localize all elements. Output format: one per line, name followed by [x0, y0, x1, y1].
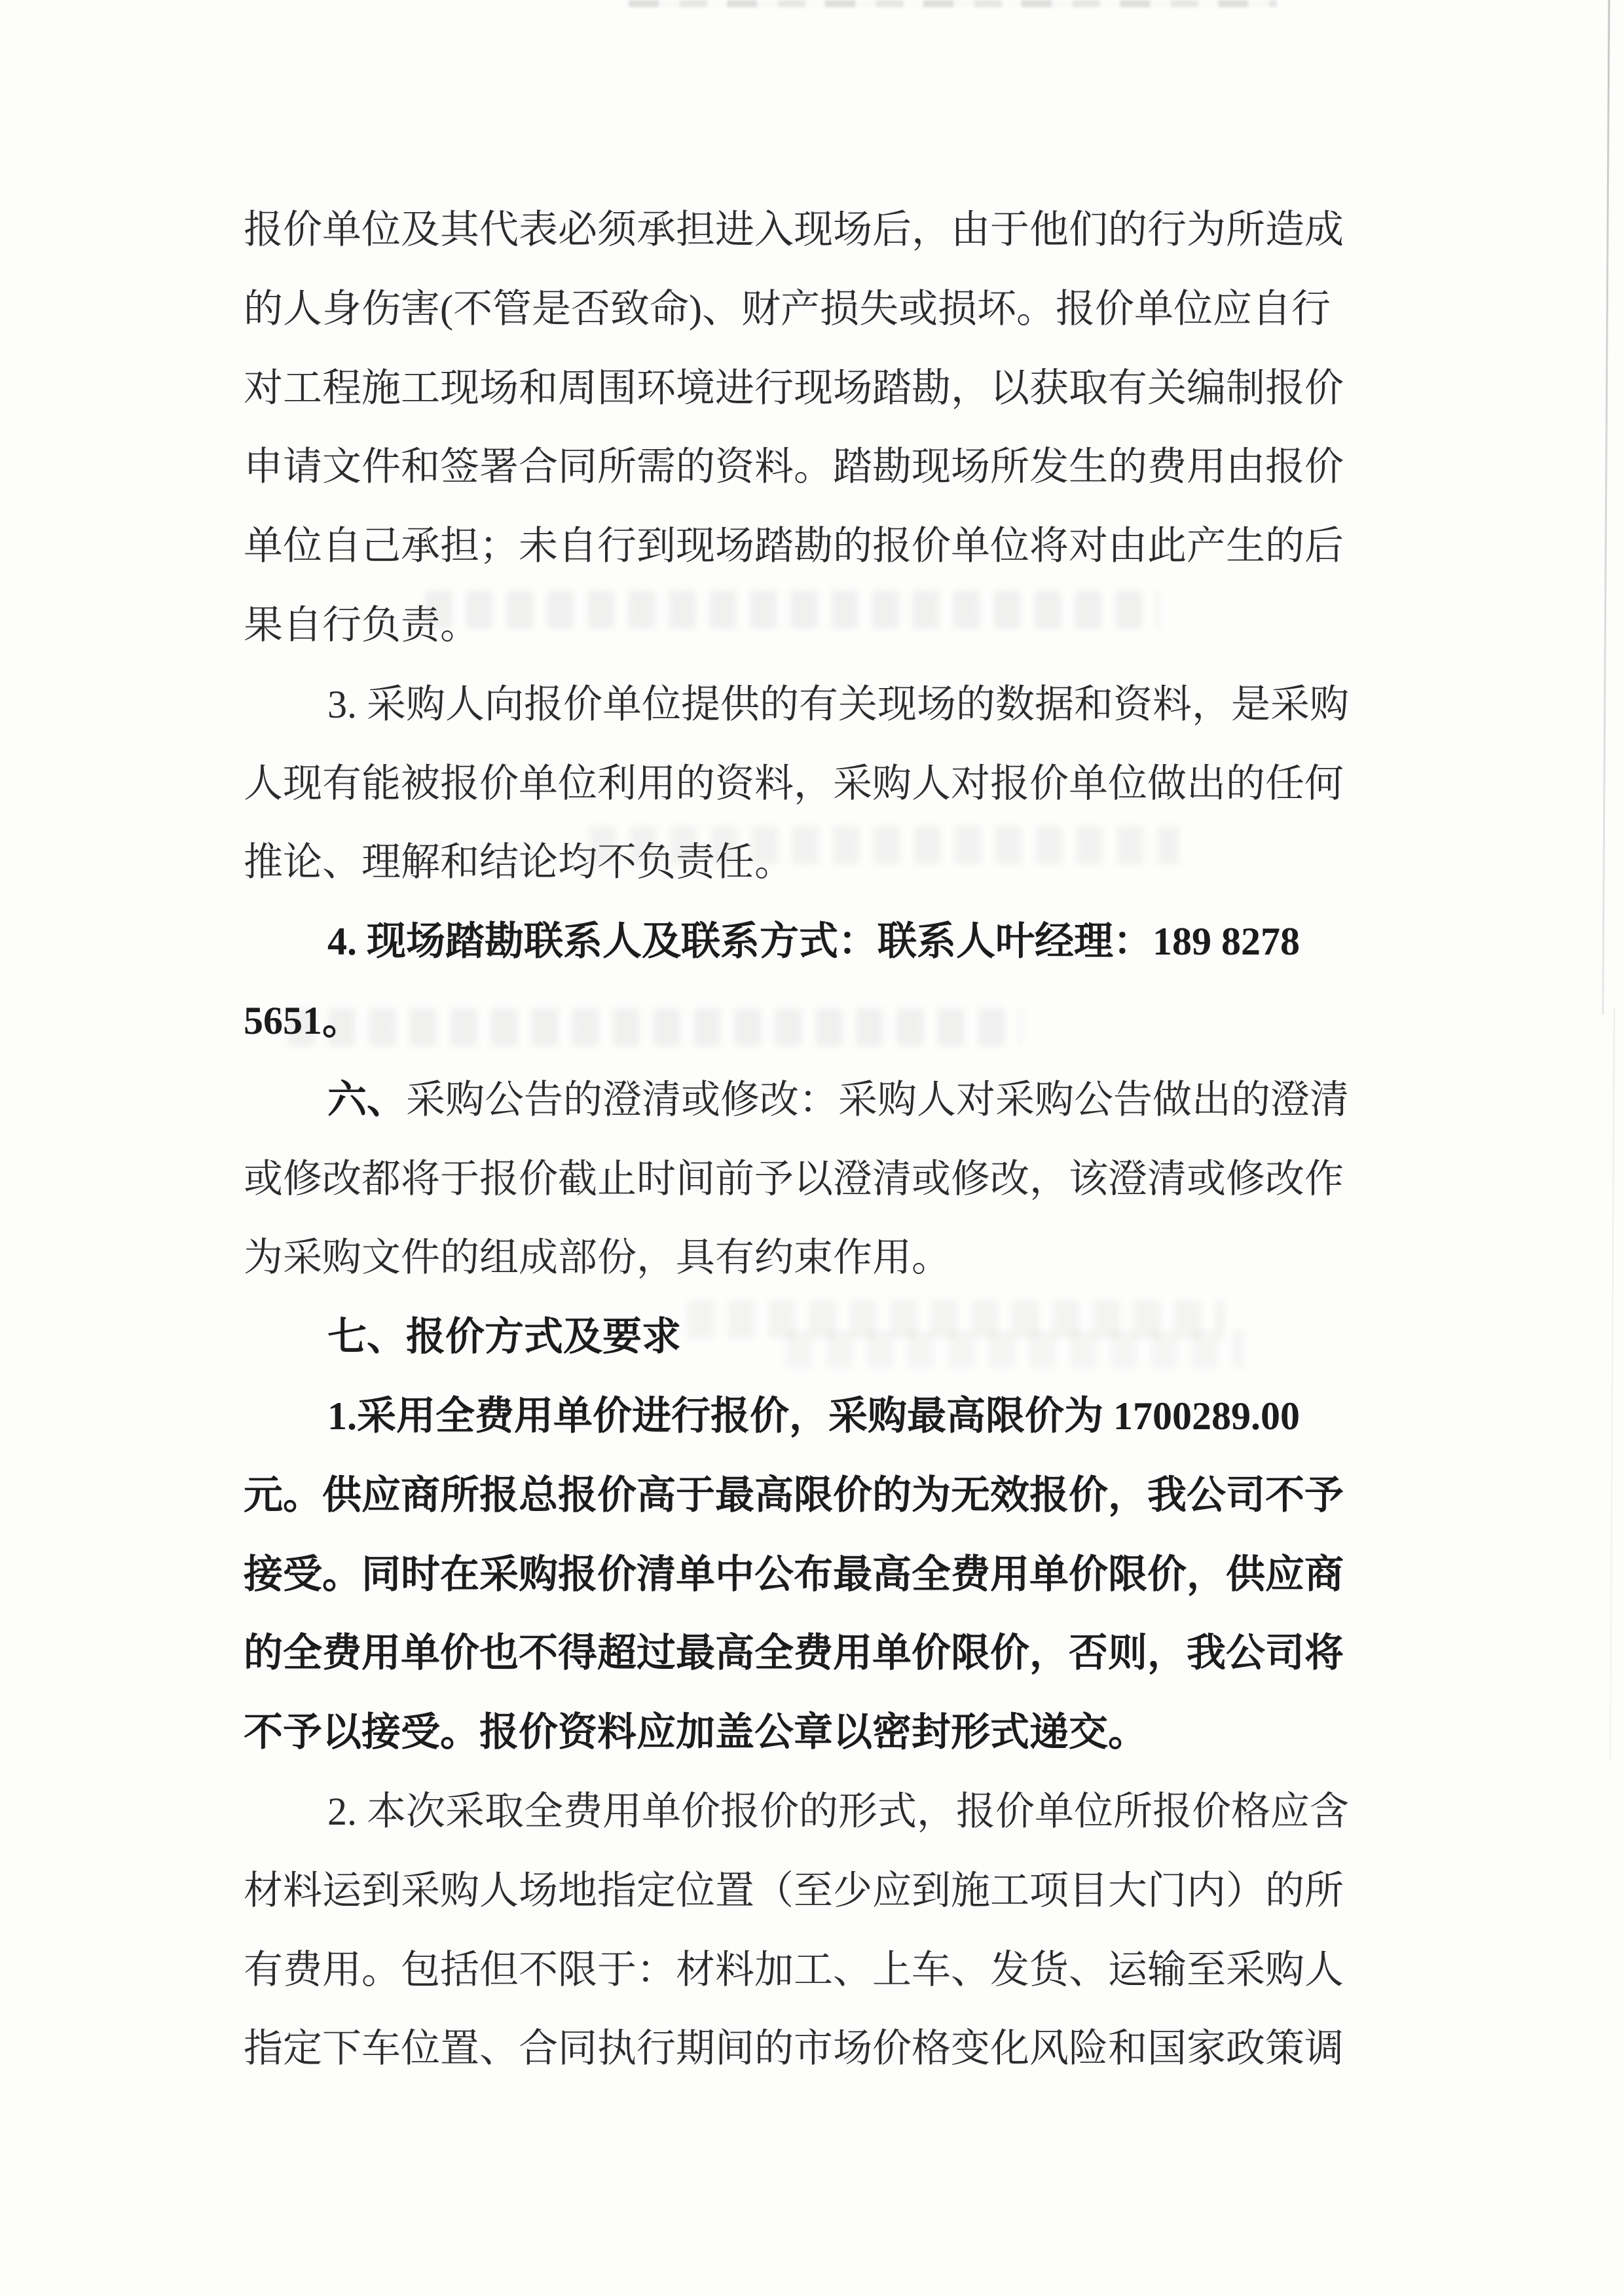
text-line: 或修改都将于报价截止时间前予以澄清或修改，该澄清或修改作 [244, 1140, 1396, 1219]
text-run: 报价单位及其代表必须承担进入现场后，由于他们的行为所造成 [244, 208, 1344, 251]
text-run: 指定下车位置、合同执行期间的市场价格变化风险和国家政策调 [244, 2027, 1344, 2070]
scan-edge-line-lower [1610, 1008, 1615, 1761]
text-line: 果自行负责。 [244, 586, 1396, 665]
text-run: 七、报价方式及要求 [327, 1315, 681, 1358]
scanned-page: { "page": { "width_px": 2480, "height_px… [0, 0, 1624, 2296]
page: 报价单位及其代表必须承担进入现场后，由于他们的行为所造成的人身伤害(不管是否致命… [0, 0, 1624, 2296]
text-run: 为采购文件的组成部份，具有约束作用。 [244, 1236, 951, 1279]
text-run: 对工程施工现场和周围环境进行现场踏勘，以获取有关编制报价 [244, 367, 1344, 410]
text-line: 推论、理解和结论均不负责任。 [244, 823, 1396, 902]
text-run: 不予以接受。报价资料应加盖公章以密封形式递交。 [244, 1711, 1147, 1754]
text-line: 申请文件和签署合同所需的资料。踏勘现场所发生的费用由报价 [244, 428, 1396, 507]
text-line: 材料运到采购人场地指定位置（至少应到施工项目大门内）的所 [244, 1851, 1396, 1931]
text-line: 的全费用单价也不得超过最高全费用单价限价，否则，我公司将 [244, 1614, 1396, 1693]
text-line: 不予以接受。报价资料应加盖公章以密封形式递交。 [244, 1693, 1396, 1772]
text-line: 单位自己承担；未自行到现场踏勘的报价单位将对由此产生的后 [244, 507, 1396, 586]
text-line: 4. 现场踏勘联系人及联系方式：联系人叶经理：189 8278 [244, 902, 1396, 981]
text-line: 1.采用全费用单价进行报价，采购最高限价为 1700289.00 [244, 1377, 1396, 1456]
text-run: 1.采用全费用单价进行报价，采购最高限价为 1700289.00 [327, 1394, 1300, 1438]
text-line: 指定下车位置、合同执行期间的市场价格变化风险和国家政策调 [244, 2009, 1396, 2088]
text-run: 接受。同时在采购报价清单中公布最高全费用单价限价，供应商 [244, 1553, 1344, 1596]
text-run: 4. 现场踏勘联系人及联系方式：联系人叶经理：189 8278 [327, 920, 1300, 963]
text-line: 有费用。包括但不限于：材料加工、上车、发货、运输至采购人 [244, 1931, 1396, 2010]
text-run: 推论、理解和结论均不负责任。 [244, 841, 794, 884]
text-line: 2. 本次采取全费用单价报价的形式，报价单位所报价格应含 [244, 1772, 1396, 1851]
text-line: 5651。 [244, 981, 1396, 1061]
text-line: 3. 采购人向报价单位提供的有关现场的数据和资料，是采购 [244, 665, 1396, 744]
text-line: 七、报价方式及要求 [244, 1298, 1396, 1377]
text-line: 六、采购公告的澄清或修改：采购人对采购公告做出的澄清 [244, 1061, 1396, 1140]
text-run: 材料运到采购人场地指定位置（至少应到施工项目大门内）的所 [244, 1869, 1344, 1912]
text-run: 单位自己承担；未自行到现场踏勘的报价单位将对由此产生的后 [244, 524, 1344, 568]
text-run: 元。供应商所报总报价高于最高限价的为无效报价，我公司不予 [244, 1474, 1344, 1517]
text-line: 对工程施工现场和周围环境进行现场踏勘，以获取有关编制报价 [244, 349, 1396, 428]
scan-edge-line [1602, 0, 1610, 1015]
text-line: 接受。同时在采购报价清单中公布最高全费用单价限价，供应商 [244, 1535, 1396, 1614]
text-run: 2. 本次采取全费用单价报价的形式，报价单位所报价格应含 [327, 1790, 1349, 1833]
document-text: 报价单位及其代表必须承担进入现场后，由于他们的行为所造成的人身伤害(不管是否致命… [244, 191, 1396, 2088]
text-run: 申请文件和签署合同所需的资料。踏勘现场所发生的费用由报价 [244, 445, 1344, 488]
text-line: 元。供应商所报总报价高于最高限价的为无效报价，我公司不予 [244, 1456, 1396, 1535]
text-run: 采购公告的澄清或修改：采购人对采购公告做出的澄清 [406, 1078, 1349, 1121]
text-run: 或修改都将于报价截止时间前予以澄清或修改，该澄清或修改作 [244, 1157, 1344, 1201]
text-run: 3. 采购人向报价单位提供的有关现场的数据和资料，是采购 [327, 683, 1349, 726]
text-line: 的人身伤害(不管是否致命)、财产损失或损坏。报价单位应自行 [244, 270, 1396, 349]
text-run: 果自行负责。 [244, 604, 479, 647]
scan-smudge-top [629, 0, 1277, 7]
text-run: 的全费用单价也不得超过最高全费用单价限价，否则，我公司将 [244, 1631, 1344, 1675]
text-run: 5651。 [244, 999, 361, 1042]
text-line: 报价单位及其代表必须承担进入现场后，由于他们的行为所造成 [244, 191, 1396, 270]
text-run: 人现有能被报价单位利用的资料，采购人对报价单位做出的任何 [244, 762, 1344, 805]
text-line: 人现有能被报价单位利用的资料，采购人对报价单位做出的任何 [244, 744, 1396, 824]
text-line: 为采购文件的组成部份，具有约束作用。 [244, 1218, 1396, 1298]
text-run: 的人身伤害(不管是否致命)、财产损失或损坏。报价单位应自行 [244, 287, 1331, 331]
text-run: 有费用。包括但不限于：材料加工、上车、发货、运输至采购人 [244, 1948, 1344, 1992]
text-run: 六、 [327, 1078, 406, 1121]
